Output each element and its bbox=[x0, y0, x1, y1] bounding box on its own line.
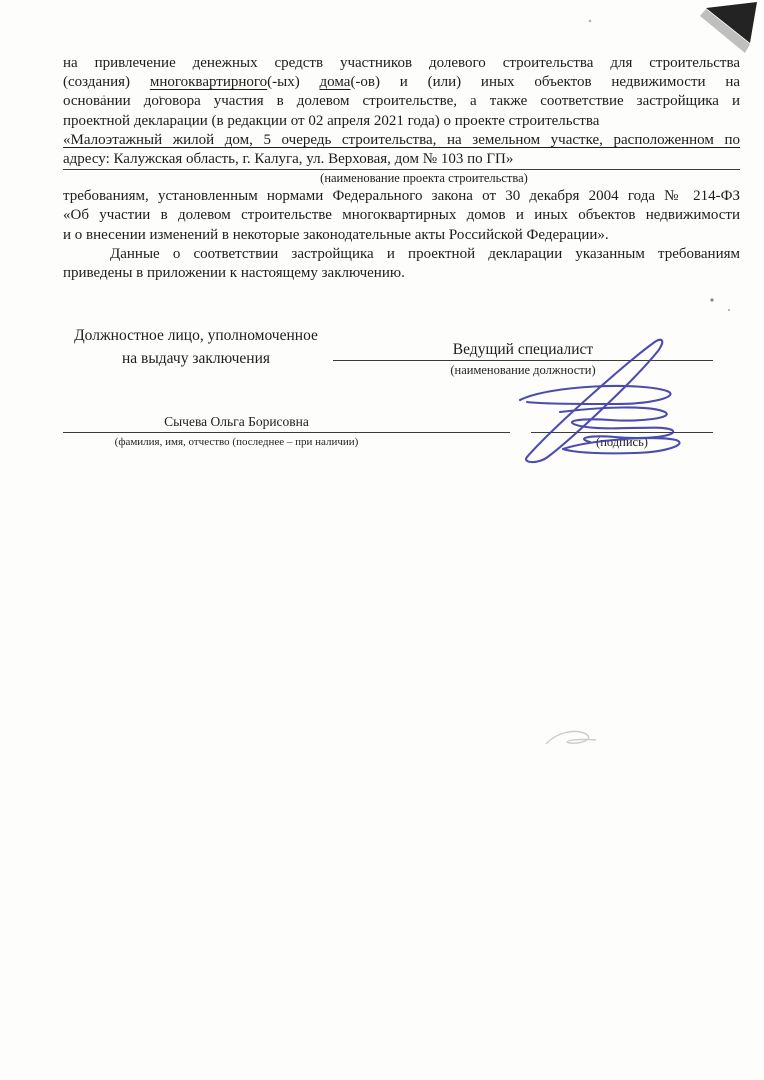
body-line: требованиям, установленным нормами Федер… bbox=[63, 187, 740, 206]
body-line: основании договора участия в долевом стр… bbox=[63, 92, 740, 111]
scanned-document-page: на привлечение денежных средств участник… bbox=[0, 0, 764, 1080]
body-line: приведены в приложении к настоящему закл… bbox=[63, 264, 740, 283]
position-value: Ведущий специалист bbox=[333, 342, 713, 361]
official-label: Должностное лицо, уполномоченное на выда… bbox=[74, 324, 318, 370]
official-label-line2: на выдачу заключения bbox=[74, 347, 318, 370]
pencil-squiggle bbox=[546, 731, 596, 744]
page-corner-fold-icon bbox=[700, 2, 757, 53]
project-name-line: «Малоэтажный жилой дом, 5 очередь строит… bbox=[63, 131, 740, 150]
signature-caption: (подпись) bbox=[531, 433, 713, 450]
signature-field: (подпись) bbox=[531, 412, 713, 450]
name-field: Сычева Ольга Борисовна (фамилия, имя, от… bbox=[63, 412, 510, 449]
project-name-caption: (наименование проекта строительства) bbox=[63, 170, 740, 187]
name-caption: (фамилия, имя, отчество (последнее – при… bbox=[63, 433, 510, 449]
body-line: проектной декларации (в редакции от 02 а… bbox=[63, 112, 740, 131]
position-field: Ведущий специалист (наименование должнос… bbox=[333, 342, 713, 378]
body-line: (создания) многоквартирного(-ых) дома(-о… bbox=[63, 73, 740, 92]
body-line: и о внесении изменений в некоторые закон… bbox=[63, 226, 740, 245]
document-body: на привлечение денежных средств участник… bbox=[63, 54, 740, 283]
position-caption: (наименование должности) bbox=[333, 361, 713, 378]
name-value: Сычева Ольга Борисовна bbox=[63, 412, 510, 433]
body-line: Данные о соответствии застройщика и прое… bbox=[63, 245, 740, 264]
body-line: «Об участии в долевом строительстве мног… bbox=[63, 206, 740, 225]
official-label-line1: Должностное лицо, уполномоченное bbox=[74, 324, 318, 347]
signature-line bbox=[531, 412, 713, 433]
project-name-line: адресу: Калужская область, г. Калуга, ул… bbox=[63, 150, 740, 170]
body-line: на привлечение денежных средств участник… bbox=[63, 54, 740, 73]
